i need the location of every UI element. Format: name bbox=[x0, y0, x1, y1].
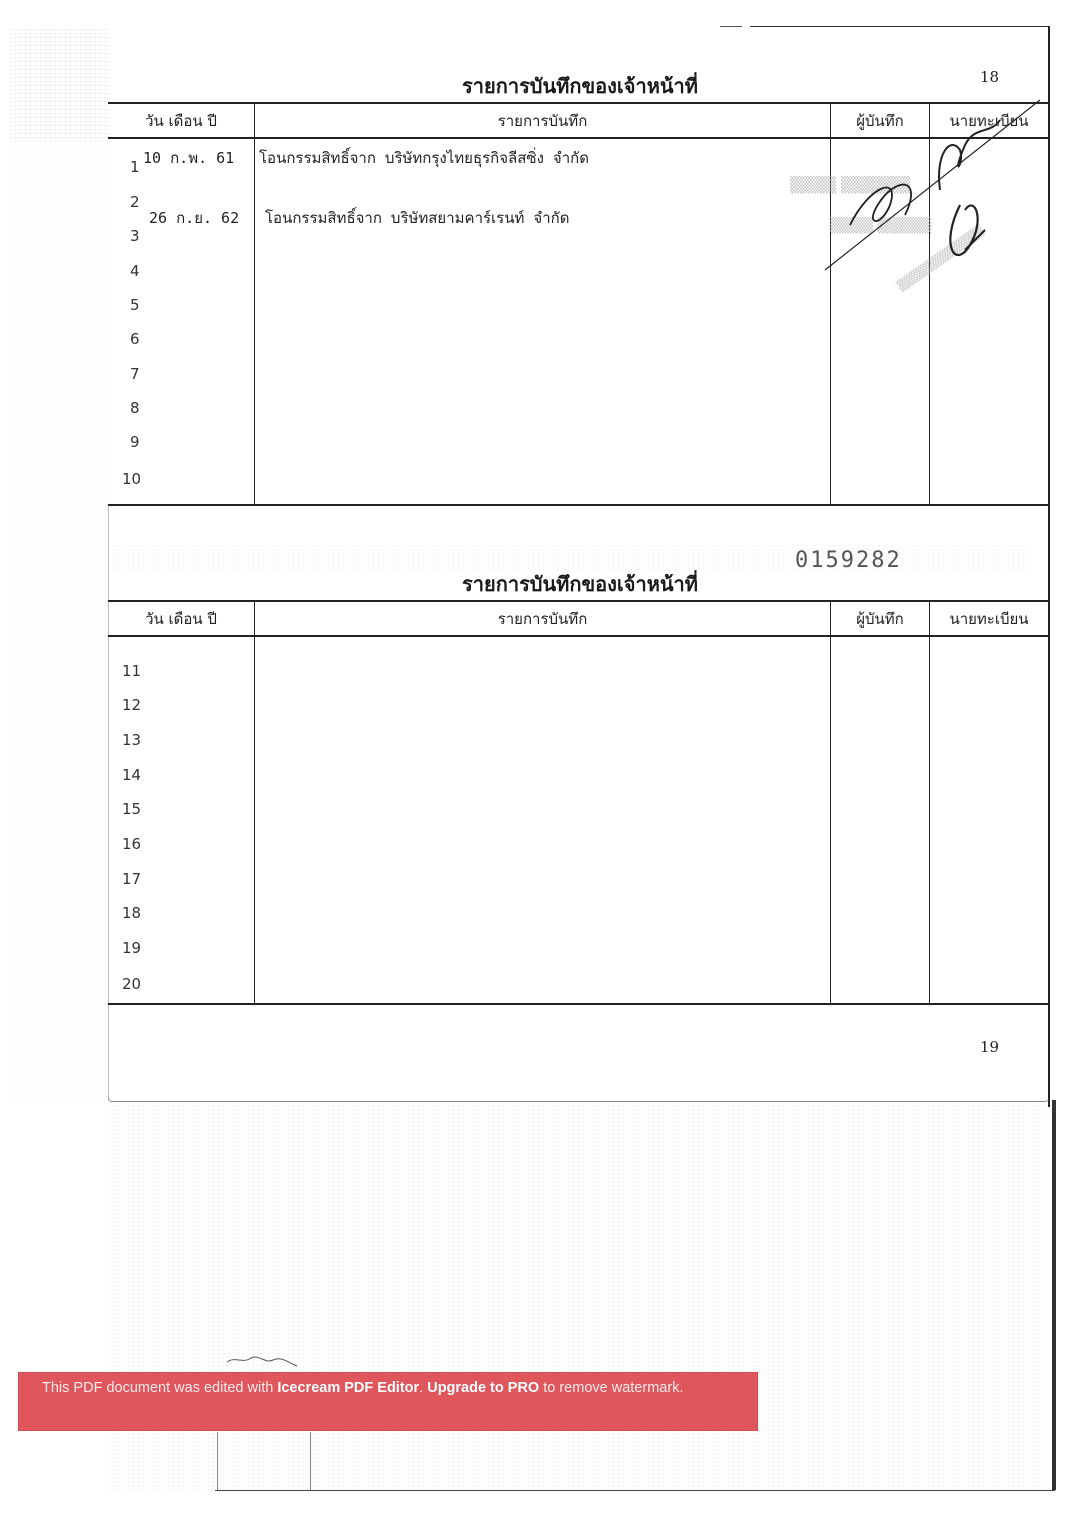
row-number: 19 bbox=[122, 939, 141, 957]
scan-artifact-edge bbox=[10, 138, 106, 1098]
row-number: 3 bbox=[130, 227, 140, 245]
section-title-bottom: รายการบันทึกของเจ้าหน้าที่ bbox=[0, 568, 1076, 600]
watermark-product-link[interactable]: Icecream PDF Editor bbox=[277, 1380, 419, 1396]
row-number: 17 bbox=[122, 870, 141, 888]
scan-artifact-bottom bbox=[108, 1100, 1048, 1490]
entry-date: 10 ก.พ. 61 bbox=[143, 146, 234, 170]
column-header-date: วัน เดือน ปี bbox=[108, 103, 255, 138]
row-number: 15 bbox=[122, 800, 141, 818]
entry-text: โอนกรรมสิทธิ์จาก บริษัทกรุงไทยธุรกิจลีสซ… bbox=[259, 146, 589, 170]
row-number: 13 bbox=[122, 731, 141, 749]
row-number: 12 bbox=[122, 696, 141, 714]
entry-text: โอนกรรมสิทธิ์จาก บริษัทสยามคาร์เรนท์ จำก… bbox=[265, 206, 569, 230]
column-header-entry: รายการบันทึก bbox=[255, 103, 831, 138]
row-number: 10 bbox=[122, 470, 141, 488]
entry-column bbox=[255, 138, 831, 505]
row-number: 7 bbox=[130, 365, 140, 383]
watermark-suffix: to remove watermark. bbox=[539, 1380, 683, 1396]
panel-border bbox=[108, 1098, 1049, 1102]
watermark-prefix: This PDF document was edited with bbox=[42, 1380, 277, 1396]
row-number: 8 bbox=[130, 399, 140, 417]
row-number: 16 bbox=[122, 835, 141, 853]
column-header-recorder: ผู้บันทึก bbox=[831, 103, 930, 138]
frame-line bbox=[1048, 27, 1050, 1107]
row-number: 1 bbox=[130, 158, 140, 176]
watermark-banner[interactable]: This PDF document was edited with Icecre… bbox=[18, 1372, 758, 1431]
row-number: 11 bbox=[122, 662, 141, 680]
row-number: 20 bbox=[122, 975, 141, 993]
registrar-column bbox=[930, 138, 1049, 505]
officer-log-table-bottom: วัน เดือน ปี รายการบันทึก ผู้บันทึก นายท… bbox=[108, 600, 1048, 1005]
row-number: 6 bbox=[130, 330, 140, 348]
row-number: 9 bbox=[130, 433, 140, 451]
column-header-registrar: นายทะเบียน bbox=[930, 601, 1049, 636]
frame-line bbox=[720, 26, 742, 27]
frame-line bbox=[1052, 1100, 1056, 1490]
column-header-recorder: ผู้บันทึก bbox=[831, 601, 930, 636]
row-number: 2 bbox=[130, 193, 140, 211]
column-header-entry: รายการบันทึก bbox=[255, 601, 831, 636]
registrar-column bbox=[930, 636, 1049, 1004]
frame-line bbox=[750, 26, 1050, 27]
page-number-top: 18 bbox=[980, 68, 999, 86]
scan-line bbox=[217, 1432, 218, 1490]
column-header-registrar: นายทะเบียน bbox=[930, 103, 1049, 138]
frame-line bbox=[215, 1490, 1055, 1491]
row-number: 4 bbox=[130, 262, 140, 280]
watermark-middle: . bbox=[419, 1380, 427, 1396]
column-header-date: วัน เดือน ปี bbox=[108, 601, 255, 636]
section-title-top: รายการบันทึกของเจ้าหน้าที่ bbox=[0, 70, 1076, 102]
watermark-upgrade-link[interactable]: Upgrade to PRO bbox=[427, 1380, 539, 1396]
recorder-column bbox=[831, 636, 930, 1004]
scan-line bbox=[310, 1432, 311, 1490]
entry-column bbox=[255, 636, 831, 1004]
handwriting-mark-icon bbox=[225, 1350, 305, 1370]
row-number: 5 bbox=[130, 296, 140, 314]
row-number: 14 bbox=[122, 766, 141, 784]
page-number-bottom: 19 bbox=[980, 1038, 999, 1056]
row-number: 18 bbox=[122, 904, 141, 922]
entry-date: 26 ก.ย. 62 bbox=[149, 206, 239, 230]
recorder-column bbox=[831, 138, 930, 505]
